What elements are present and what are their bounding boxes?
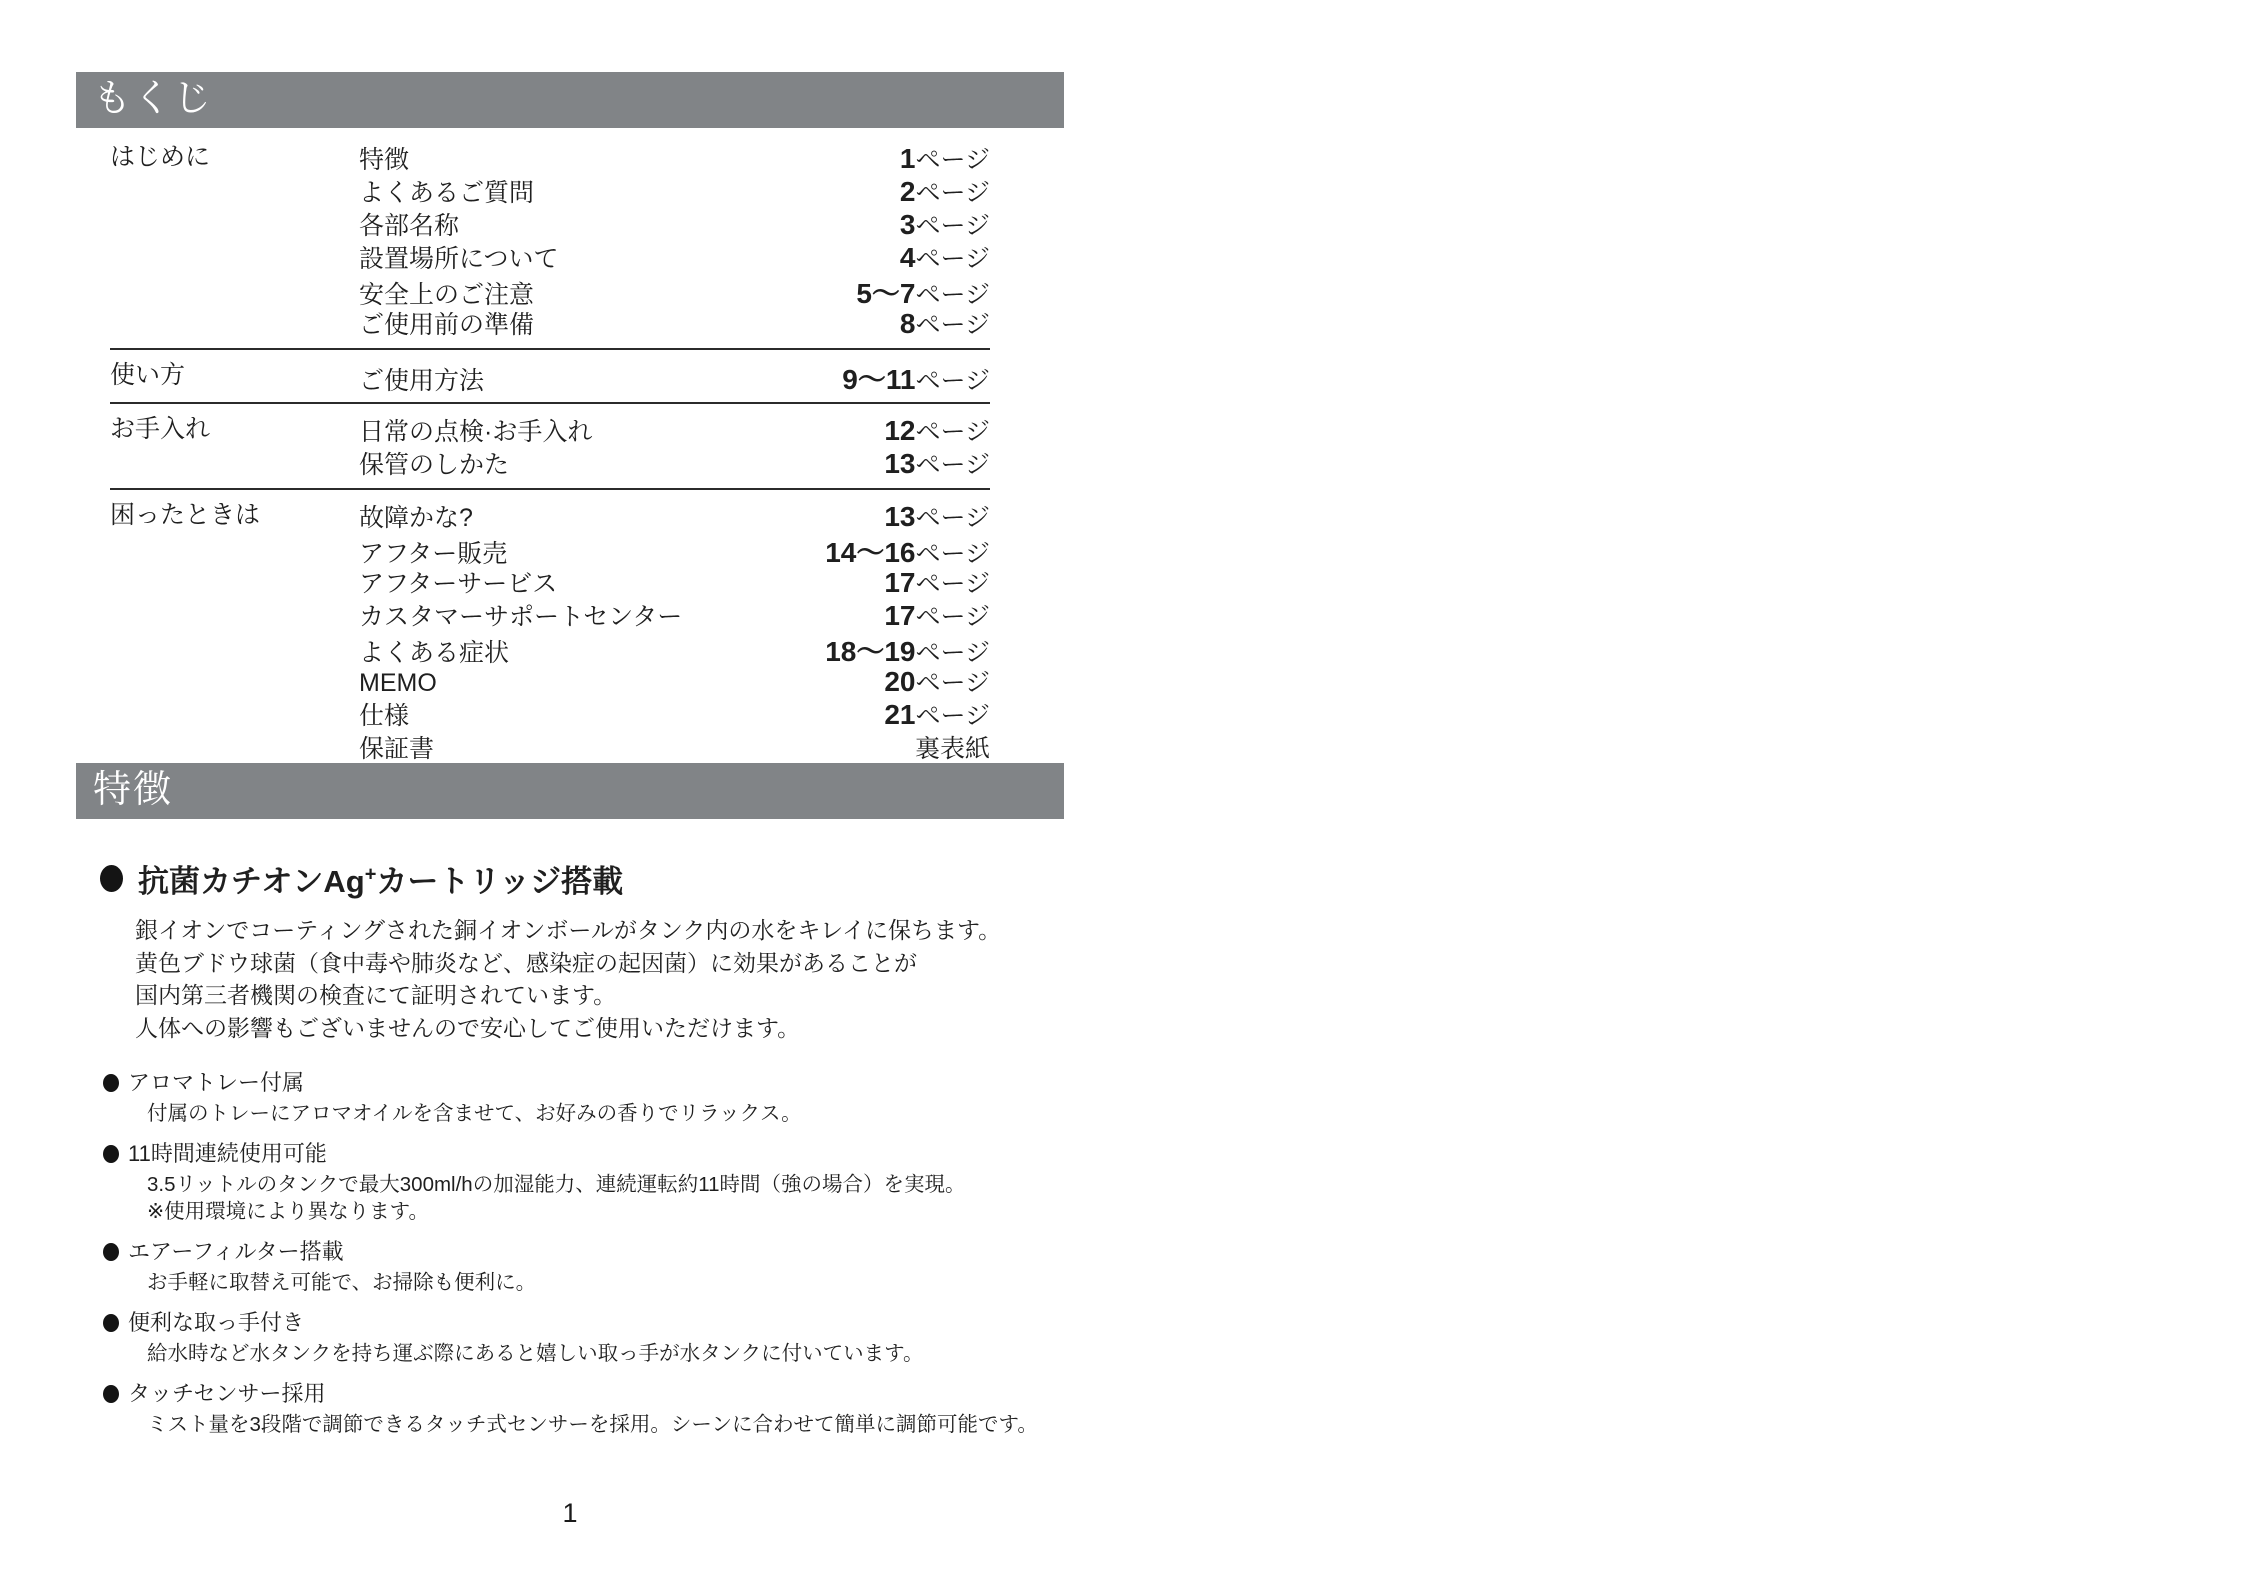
toc-item-page: 21ページ bbox=[884, 696, 990, 732]
toc-group-label: お手入れ bbox=[110, 412, 359, 478]
feature-main: 抗菌カチオンAg+カートリッジ搭載 銀イオンでコーティングされた銅イオンボールが… bbox=[100, 856, 1100, 1044]
toc-item-label: 設置場所について bbox=[359, 239, 559, 275]
feature-label: 11時間連続使用可能 bbox=[103, 1141, 1100, 1167]
toc-item-label: ご使用前の準備 bbox=[359, 305, 534, 341]
feature-handle: 便利な取っ手付き 給水時など水タンクを持ち運ぶ際にあると嬉しい取っ手が水タンクに… bbox=[100, 1310, 1100, 1367]
toc-item-label: ご使用方法 bbox=[359, 361, 484, 397]
toc-section-title: もくじ bbox=[93, 78, 213, 120]
toc-group-hajimeni: はじめに 特徴 1ページ よくあるご質問 2ページ 各部名称 3ページ 設置場所… bbox=[110, 132, 990, 350]
toc-section-header: もくじ bbox=[76, 72, 1064, 128]
toc-group-items: ご使用方法 9〜11ページ bbox=[359, 358, 990, 392]
feature-label: タッチセンサー採用 bbox=[103, 1381, 1100, 1407]
toc-item-page: 8ページ bbox=[900, 305, 990, 341]
toc-row: 日常の点検·お手入れ 12ページ bbox=[359, 412, 990, 445]
toc-item-page: 12ページ bbox=[884, 412, 990, 448]
toc-item-page: 20ページ bbox=[884, 663, 990, 699]
toc-item-page: 17ページ bbox=[884, 564, 990, 600]
toc-row: よくある症状 18〜19ページ bbox=[359, 630, 990, 663]
toc-item-page: 9〜11ページ bbox=[842, 358, 990, 398]
toc-row: 各部名称 3ページ bbox=[359, 206, 990, 239]
feature-body: 付属のトレーにアロマオイルを含ませて、お好みの香りでリラックス。 bbox=[147, 1100, 1100, 1127]
toc-item-label: 故障かな? bbox=[359, 498, 473, 534]
feature-main-title: 抗菌カチオンAg+カートリッジ搭載 bbox=[100, 856, 1100, 901]
toc-group-oteire: お手入れ 日常の点検·お手入れ 12ページ 保管のしかた 13ページ bbox=[110, 404, 990, 490]
toc-item-label: よくある症状 bbox=[359, 633, 509, 669]
toc-item-page: 3ページ bbox=[900, 206, 990, 242]
toc-row: 保管のしかた 13ページ bbox=[359, 445, 990, 478]
toc-row: 特徴 1ページ bbox=[359, 140, 990, 173]
feature-label: アロマトレー付属 bbox=[103, 1070, 1100, 1096]
bullet-icon bbox=[103, 1243, 119, 1261]
feature-label: エアーフィルター搭載 bbox=[103, 1239, 1100, 1265]
feature-main-body: 銀イオンでコーティングされた銅イオンボールがタンク内の水をキレイに保ちます。 黄… bbox=[135, 914, 1100, 1044]
features-section-title: 特徴 bbox=[93, 769, 173, 811]
feature-touch-sensor: タッチセンサー採用 ミスト量を3段階で調節できるタッチ式センサーを採用。シーンに… bbox=[100, 1381, 1100, 1438]
toc-item-page: 1ページ bbox=[900, 140, 990, 176]
toc-item-label: 保管のしかた bbox=[359, 445, 509, 481]
toc-row: アフターサービス 17ページ bbox=[359, 564, 990, 597]
feature-body: お手軽に取替え可能で、お掃除も便利に。 bbox=[147, 1269, 1100, 1296]
toc-group-items: 日常の点検·お手入れ 12ページ 保管のしかた 13ページ bbox=[359, 412, 990, 478]
feature-body: ミスト量を3段階で調節できるタッチ式センサーを採用。シーンに合わせて簡単に調節可… bbox=[147, 1411, 1100, 1438]
toc-item-label: よくあるご質問 bbox=[359, 173, 534, 209]
toc-item-page: 17ページ bbox=[884, 597, 990, 633]
page-number: 1 bbox=[76, 1498, 1064, 1529]
feature-body: 給水時など水タンクを持ち運ぶ際にあると嬉しい取っ手が水タンクに付いています。 bbox=[147, 1340, 1100, 1367]
bullet-icon bbox=[103, 1145, 119, 1163]
toc-row: 設置場所について 4ページ bbox=[359, 239, 990, 272]
feature-main-title-text: 抗菌カチオンAg+カートリッジ搭載 bbox=[138, 856, 623, 901]
toc-group-tsukaikata: 使い方 ご使用方法 9〜11ページ bbox=[110, 350, 990, 404]
toc-group-label: 困ったときは bbox=[110, 498, 359, 762]
toc-item-label: カスタマーサポートセンター bbox=[359, 597, 682, 633]
feature-aroma-tray: アロマトレー付属 付属のトレーにアロマオイルを含ませて、お好みの香りでリラックス… bbox=[100, 1070, 1100, 1127]
toc-item-page: 4ページ bbox=[900, 239, 990, 275]
toc-row: カスタマーサポートセンター 17ページ bbox=[359, 597, 990, 630]
toc-item-label: 各部名称 bbox=[359, 206, 459, 242]
feature-11h-continuous: 11時間連続使用可能 3.5リットルのタンクで最大300ml/hの加湿能力、連続… bbox=[100, 1141, 1100, 1225]
toc-item-label: アフターサービス bbox=[359, 564, 557, 600]
toc-group-komattatokiwa: 困ったときは 故障かな? 13ページ アフター販売 14〜16ページ アフターサ… bbox=[110, 490, 990, 774]
feature-body: 3.5リットルのタンクで最大300ml/hの加湿能力、連続運転約11時間（強の場… bbox=[147, 1171, 1100, 1225]
toc-item-label: 日常の点検·お手入れ bbox=[359, 412, 592, 448]
toc-item-page: 2ページ bbox=[900, 173, 990, 209]
toc-row: 故障かな? 13ページ bbox=[359, 498, 990, 531]
feature-main-line: 人体への影響もございませんので安心してご使用いただけます。 bbox=[135, 1012, 1100, 1045]
toc-item-page: 13ページ bbox=[884, 498, 990, 534]
toc-group-label: はじめに bbox=[110, 140, 359, 338]
toc-group-items: 故障かな? 13ページ アフター販売 14〜16ページ アフターサービス 17ペ… bbox=[359, 498, 990, 762]
toc-row: よくあるご質問 2ページ bbox=[359, 173, 990, 206]
bullet-icon bbox=[100, 865, 123, 892]
features-section-header: 特徴 bbox=[76, 763, 1064, 819]
feature-main-line: 黄色ブドウ球菌（食中毒や肺炎など、感染症の起因菌）に効果があることが bbox=[135, 947, 1100, 980]
toc-row: ご使用方法 9〜11ページ bbox=[359, 358, 990, 391]
manual-page: もくじ はじめに 特徴 1ページ よくあるご質問 2ページ 各部名称 3ページ bbox=[0, 0, 2245, 1587]
toc-item-label: 特徴 bbox=[359, 140, 409, 176]
feature-label: 便利な取っ手付き bbox=[103, 1310, 1100, 1336]
feature-main-line: 国内第三者機関の検査にて証明されています。 bbox=[135, 979, 1100, 1012]
table-of-contents: はじめに 特徴 1ページ よくあるご質問 2ページ 各部名称 3ページ 設置場所… bbox=[110, 132, 990, 774]
toc-item-label: 保証書 bbox=[359, 729, 434, 765]
toc-item-label: 仕様 bbox=[359, 696, 409, 732]
bullet-icon bbox=[103, 1074, 119, 1092]
feature-air-filter: エアーフィルター搭載 お手軽に取替え可能で、お掃除も便利に。 bbox=[100, 1239, 1100, 1296]
toc-item-page: 13ページ bbox=[884, 445, 990, 481]
toc-row: 仕様 21ページ bbox=[359, 696, 990, 729]
toc-row: 保証書 裏表紙 bbox=[359, 729, 990, 762]
feature-main-line: 銀イオンでコーティングされた銅イオンボールがタンク内の水をキレイに保ちます。 bbox=[135, 914, 1100, 947]
toc-row: アフター販売 14〜16ページ bbox=[359, 531, 990, 564]
toc-row: 安全上のご注意 5〜7ページ bbox=[359, 272, 990, 305]
toc-group-label: 使い方 bbox=[110, 358, 359, 392]
superscript-plus: + bbox=[365, 864, 377, 886]
bullet-icon bbox=[103, 1385, 119, 1403]
bullet-icon bbox=[103, 1314, 119, 1332]
toc-item-page: 裏表紙 bbox=[915, 729, 990, 765]
toc-item-label: MEMO bbox=[359, 669, 437, 698]
features-section: 抗菌カチオンAg+カートリッジ搭載 銀イオンでコーティングされた銅イオンボールが… bbox=[100, 819, 1100, 1438]
toc-group-items: 特徴 1ページ よくあるご質問 2ページ 各部名称 3ページ 設置場所について … bbox=[359, 140, 990, 338]
